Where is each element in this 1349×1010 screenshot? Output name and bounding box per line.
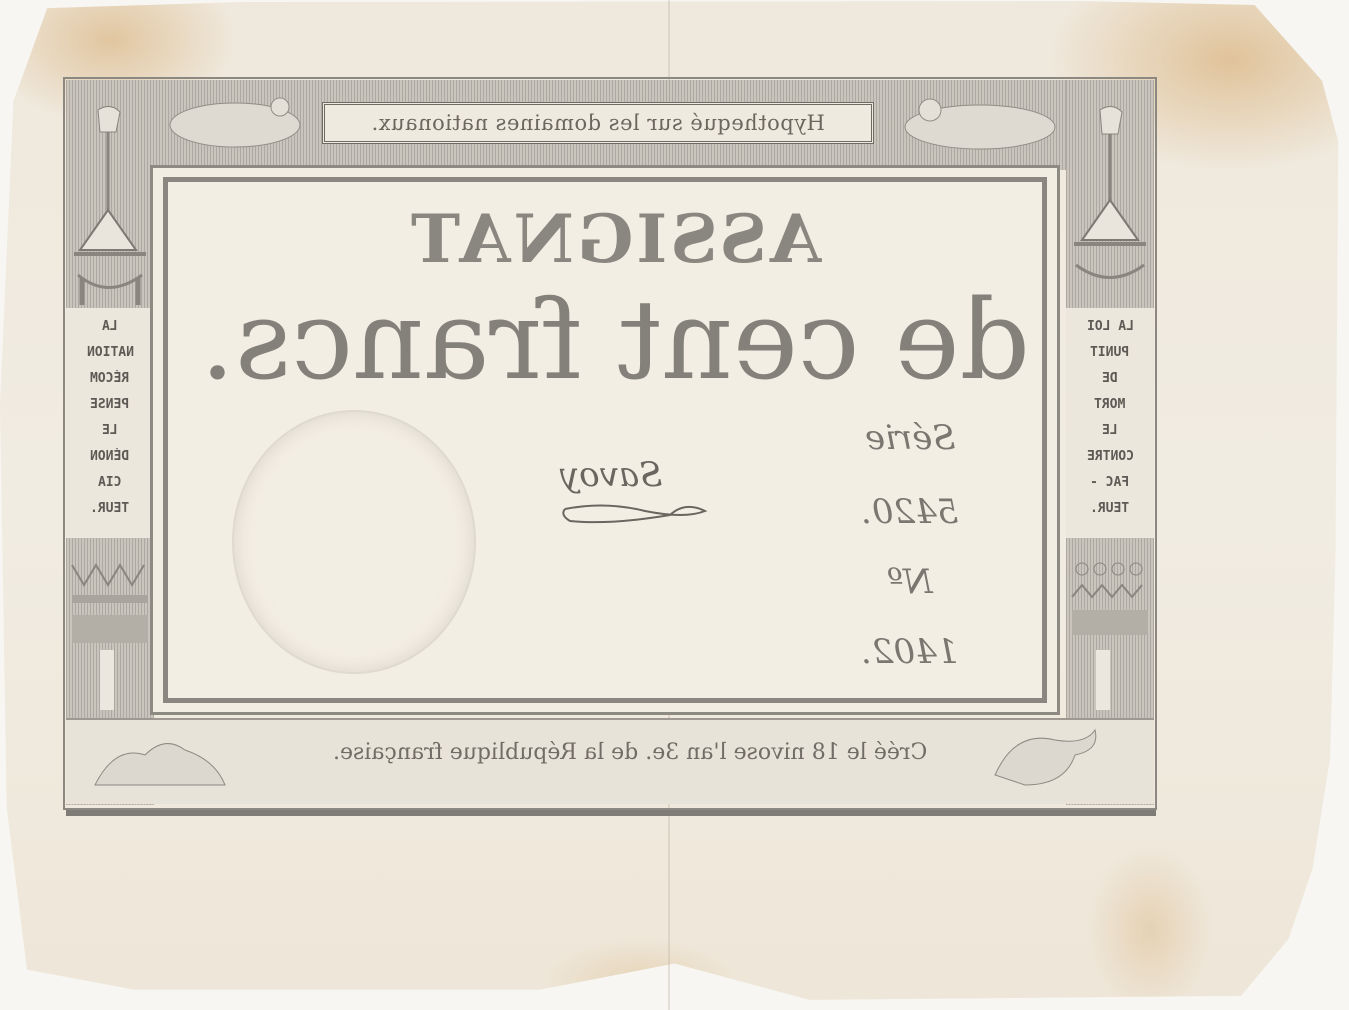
left-text-line: RÉCOM (90, 366, 129, 392)
right-text-line: LA LOI (1087, 314, 1134, 340)
signature-flourish-icon (560, 497, 710, 527)
right-column-pattern-icon (1070, 555, 1150, 715)
number-label: Nº (855, 562, 965, 602)
serie-label: Série (855, 418, 965, 458)
left-text-line: DÉNON (90, 444, 129, 470)
right-text-line: LE (1102, 418, 1118, 444)
right-text-line: MORT (1094, 392, 1125, 418)
title-assignat: ASSIGNAT (395, 200, 835, 278)
title-line2: de cent francs. (200, 285, 1030, 395)
left-text-line: TEUR. (90, 496, 129, 522)
top-legend-box: Hypothequé sur les domaines nationaux. (322, 102, 874, 144)
right-text-line: FAC - (1090, 470, 1129, 496)
right-panel-text: LA LOI PUNIT DE MORT LE CONTRE FAC - TEU… (1066, 308, 1154, 538)
reclining-figure-right-icon (895, 85, 1065, 160)
right-text-line: DE (1102, 366, 1118, 392)
serie-label-text: Série (865, 418, 956, 458)
signature-text: Savoy (560, 455, 662, 495)
bottom-rule (66, 810, 1156, 816)
bottom-legend-text: Créé le 18 nivose l'an 3e. de la Républi… (333, 740, 927, 765)
number-label-text: Nº (887, 562, 933, 602)
left-text-line: CIA (98, 470, 121, 496)
embossed-seal-icon (232, 410, 476, 674)
number-value: 1402. (855, 632, 965, 672)
liberty-cap-pike-left-icon (70, 100, 150, 310)
signature: Savoy (560, 455, 710, 525)
right-text-line: TEUR. (1090, 496, 1129, 522)
serie-number: 5420. (855, 492, 965, 532)
top-legend-text: Hypothequé sur les domaines nationaux. (371, 111, 825, 135)
left-text-line: LA (102, 314, 118, 340)
reclining-figure-left-icon (160, 85, 310, 160)
left-panel-text: LA NATION RÉCOM PENSE LE DÉNON CIA TEUR. (66, 308, 154, 538)
title-denomination: de cent francs. (190, 285, 1040, 395)
title-line1: ASSIGNAT (408, 200, 821, 278)
liberty-cap-pike-right-icon (1070, 100, 1150, 310)
right-text-line: CONTRE (1087, 444, 1134, 470)
rooster-figure-icon (75, 725, 245, 805)
left-column-pattern-icon (70, 555, 150, 715)
number-value-text: 1402. (861, 632, 958, 672)
left-text-line: LE (102, 418, 118, 444)
left-text-line: PENSE (90, 392, 129, 418)
serie-number-text: 5420. (861, 492, 958, 532)
left-text-line: NATION (87, 340, 134, 366)
right-text-line: PUNIT (1090, 340, 1129, 366)
bottom-legend: Créé le 18 nivose l'an 3e. de la Républi… (250, 740, 1010, 765)
